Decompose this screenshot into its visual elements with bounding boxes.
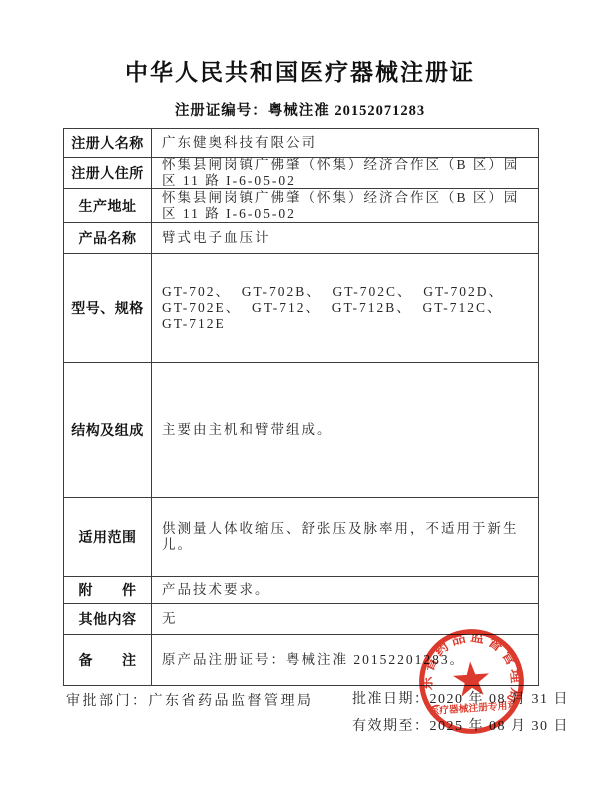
official-seal-stamp: 广东省药品监督管理局 医疗器械注册专用章: [411, 621, 532, 742]
row-label: 注册人住所: [64, 158, 152, 188]
row-value: 广东健奥科技有限公司: [152, 129, 538, 157]
seal-star-icon: [452, 660, 490, 697]
table-row-registrant-address: 注册人住所 怀集县闸岗镇广佛肇（怀集）经济合作区（B 区）园区 11 路 I-6…: [64, 158, 538, 189]
table-row-scope-of-use: 适用范围 供测量人体收缩压、舒张压及脉率用，不适用于新生儿。: [64, 498, 538, 577]
row-value: 怀集县闸岗镇广佛肇（怀集）经济合作区（B 区）园区 11 路 I-6-05-02: [152, 189, 538, 222]
approval-dept-line: 审批部门：广东省药品监督管理局: [66, 690, 314, 710]
row-value: 主要由主机和臂带组成。: [152, 363, 538, 497]
row-label: 备 注: [64, 635, 152, 685]
seal-caption: 医疗器械注册专用章: [429, 698, 518, 717]
row-label: 其他内容: [64, 604, 152, 634]
cert-number-label: 注册证编号：: [175, 103, 268, 119]
cert-number-value: 粤械注准 20152071283: [268, 103, 425, 119]
row-label: 产品名称: [64, 223, 152, 253]
row-label: 附 件: [64, 577, 152, 603]
row-value: 臂式电子血压计: [152, 223, 538, 253]
table-row-attachment: 附 件 产品技术要求。: [64, 577, 538, 604]
page-title: 中华人民共和国医疗器械注册证: [0, 54, 600, 87]
table-row-model-spec: 型号、规格 GT-702、 GT-702B、 GT-702C、 GT-702D、…: [64, 254, 538, 363]
certificate-page: 中华人民共和国医疗器械注册证 注册证编号：粤械注准 20152071283 注册…: [0, 0, 600, 800]
certificate-table: 注册人名称 广东健奥科技有限公司 注册人住所 怀集县闸岗镇广佛肇（怀集）经济合作…: [63, 128, 539, 686]
approval-dept-label: 审批部门：: [66, 694, 149, 709]
row-value: 怀集县闸岗镇广佛肇（怀集）经济合作区（B 区）园区 11 路 I-6-05-02: [152, 158, 538, 188]
row-label: 生产地址: [64, 189, 152, 222]
table-row-registrant-name: 注册人名称 广东健奥科技有限公司: [64, 129, 538, 158]
cert-number-line: 注册证编号：粤械注准 20152071283: [0, 99, 600, 120]
table-row-product-name: 产品名称 臂式电子血压计: [64, 223, 538, 254]
table-row-production-address: 生产地址 怀集县闸岗镇广佛肇（怀集）经济合作区（B 区）园区 11 路 I-6-…: [64, 189, 538, 223]
row-label: 适用范围: [64, 498, 152, 576]
row-label: 结构及组成: [64, 363, 152, 497]
row-label: 注册人名称: [64, 129, 152, 157]
row-label: 型号、规格: [64, 254, 152, 362]
row-value: GT-702、 GT-702B、 GT-702C、 GT-702D、 GT-70…: [152, 254, 538, 362]
approval-dept-value: 广东省药品监督管理局: [149, 694, 314, 709]
row-value: 产品技术要求。: [152, 577, 538, 603]
row-value: 供测量人体收缩压、舒张压及脉率用，不适用于新生儿。: [152, 498, 538, 576]
table-row-structure-composition: 结构及组成 主要由主机和臂带组成。: [64, 363, 538, 498]
